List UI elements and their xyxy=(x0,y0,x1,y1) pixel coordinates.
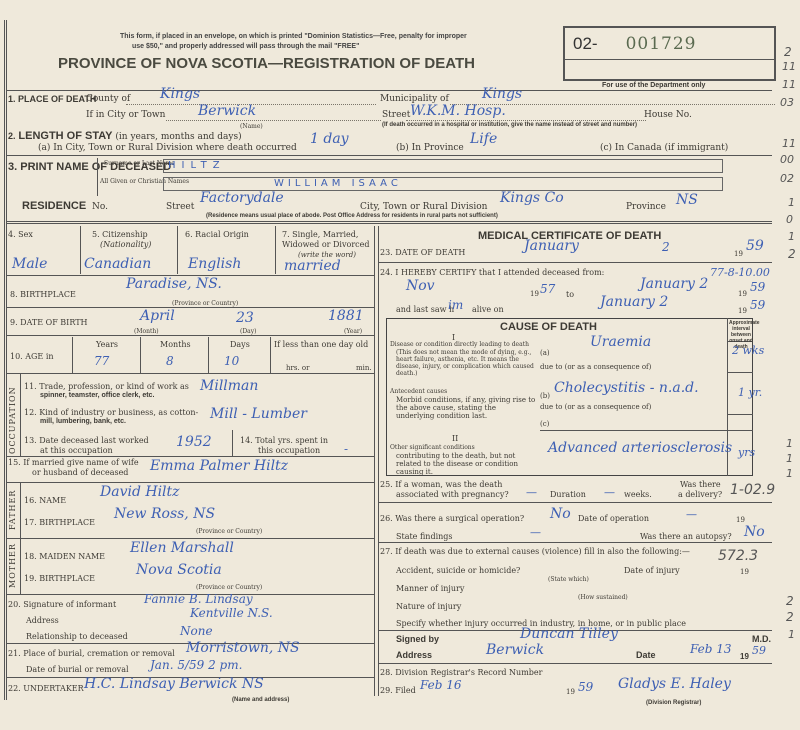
marital-status-value: married xyxy=(284,258,341,274)
cause-a-interval: 2 wks xyxy=(732,344,764,357)
margin-code: 11 xyxy=(782,78,796,91)
given-names-label: All Given or Christian Names xyxy=(100,178,162,185)
age-months-value: 8 xyxy=(166,354,174,368)
death-month-value: January xyxy=(524,238,579,254)
city-label: If in City or Town xyxy=(86,110,165,120)
attended-note: 77-8-10.00 xyxy=(710,266,770,279)
stay-canada-label: (c) In Canada (if immigrant) xyxy=(600,143,728,153)
postal-notice-line2: use $50," and properly addressed will pa… xyxy=(132,43,359,50)
father-name-value: David Hiltz xyxy=(100,484,180,500)
margin-code: 2 xyxy=(786,610,794,624)
last-saw-pronoun: im xyxy=(448,298,463,312)
father-side-label: FATHER xyxy=(8,486,17,530)
dob-month-value: April xyxy=(140,308,175,324)
mother-name-value: Ellen Marshall xyxy=(130,540,234,556)
birthplace-value: Paradise, NS. xyxy=(126,276,222,292)
margin-code: 11 xyxy=(782,137,796,150)
surname-label: Surname or Last Name xyxy=(104,160,160,167)
registration-number-box: 02- 001729 xyxy=(563,26,776,81)
attended-to-value: January 2 xyxy=(640,276,708,292)
rule xyxy=(6,90,772,91)
postal-notice-line1: This form, if placed in an envelope, on … xyxy=(120,33,467,40)
age-days-value: 10 xyxy=(224,354,239,368)
father-birthplace-value: New Ross, NS xyxy=(114,506,215,522)
physician-address-value: Berwick xyxy=(486,642,544,658)
margin-code: 1 xyxy=(786,467,793,480)
house-no-label: House No. xyxy=(644,110,692,120)
margin-code: 1 xyxy=(786,437,793,450)
informant-signature: Fannie B. Lindsay xyxy=(144,592,253,606)
registration-prefix: 02- xyxy=(573,34,598,54)
margin-code: 2 xyxy=(784,45,792,59)
surname-field: HILTZ xyxy=(163,159,723,173)
informant-relationship-value: None xyxy=(180,624,213,638)
delivery-code: 1-02.9 xyxy=(730,482,775,498)
margin-code: 1 xyxy=(788,196,795,209)
stay-province-value: Life xyxy=(470,131,497,147)
margin-code: 1 xyxy=(788,230,795,243)
other-conditions-value: Advanced arteriosclerosis xyxy=(548,440,732,456)
residence-city-value: Kings Co xyxy=(500,190,564,206)
cause-b-value: Cholecystitis - n.a.d. xyxy=(554,380,699,396)
dob-year-value: 1881 xyxy=(328,308,364,324)
margin-code: 1 xyxy=(788,628,795,641)
margin-code: 2 xyxy=(786,594,794,608)
racial-origin-value: English xyxy=(188,256,241,272)
death-day-value: 2 xyxy=(662,240,670,254)
other-conditions-interval: yrs xyxy=(738,446,755,459)
stay-province-label: (b) In Province xyxy=(396,143,464,153)
surgery-value: No xyxy=(550,506,571,522)
margin-code: 00 xyxy=(780,153,794,166)
industry-value: Mill - Lumber xyxy=(210,406,307,422)
county-label: County of xyxy=(86,94,130,104)
municipality-value: Kings xyxy=(482,86,522,102)
trade-value: Millman xyxy=(200,378,258,394)
department-note: For use of the Department only xyxy=(602,82,705,89)
place-of-death-label: 1. PLACE OF DEATH xyxy=(8,94,68,105)
cause-of-death-title: CAUSE OF DEATH xyxy=(500,321,597,333)
given-names-field: WILLIAM ISAAC xyxy=(163,177,723,191)
county-value: Kings xyxy=(160,86,200,102)
left-border-rule xyxy=(4,20,7,700)
physician-signature: Duncan Tilley xyxy=(520,626,618,642)
margin-code: 2 xyxy=(788,247,796,261)
hospital-note: (If death occurred in a hospital or inst… xyxy=(382,122,637,128)
margin-code: 0 xyxy=(786,213,793,226)
death-certificate: This form, if placed in an envelope, on … xyxy=(0,0,800,730)
cause-b-interval: 1 yr. xyxy=(738,386,762,399)
filed-year-value: 59 xyxy=(578,680,593,694)
margin-code: 03 xyxy=(780,96,794,109)
signature-year-value: 59 xyxy=(752,644,766,657)
city-value: Berwick xyxy=(198,103,256,119)
stay-city-value: 1 day xyxy=(310,131,349,147)
stay-city-label: (a) In City, Town or Rural Division wher… xyxy=(38,143,297,153)
mother-side-label: MOTHER xyxy=(8,542,17,588)
signature-date-value: Feb 13 xyxy=(690,642,732,656)
dob-day-value: 23 xyxy=(236,310,254,326)
residence-note: (Residence means usual place of abode. P… xyxy=(206,213,498,219)
sex-value: Male xyxy=(12,256,47,272)
burial-place-value: Morristown, NS xyxy=(186,640,300,656)
registration-number: 001729 xyxy=(626,34,697,54)
form-title: PROVINCE OF NOVA SCOTIA—REGISTRATION OF … xyxy=(58,55,475,72)
street-label: Street xyxy=(382,110,410,120)
residence-street-value: Factorydale xyxy=(200,190,284,206)
division-registrar-signature: Gladys E. Haley xyxy=(618,676,731,692)
occupation-side-label: OCCUPATION xyxy=(8,382,17,454)
margin-code: 11 xyxy=(782,60,796,73)
filed-date-value: Feb 16 xyxy=(420,678,462,692)
autopsy-value: No xyxy=(744,524,765,540)
mother-birthplace-value: Nova Scotia xyxy=(136,562,222,578)
last-worked-value: 1952 xyxy=(176,434,212,450)
spouse-value: Emma Palmer Hiltz xyxy=(150,458,288,474)
undertaker-value: H.C. Lindsay Berwick NS xyxy=(84,676,264,692)
margin-code: 02 xyxy=(780,172,794,185)
residence-label: RESIDENCE xyxy=(22,200,86,212)
burial-date-value: Jan. 5/59 2 pm. xyxy=(150,658,242,672)
total-years-value: - xyxy=(344,442,348,456)
hospital-value: W.K.M. Hosp. xyxy=(410,103,506,119)
death-year-value: 59 xyxy=(746,238,764,254)
length-of-stay-heading: 2. LENGTH OF STAY (in years, months and … xyxy=(8,130,242,142)
residence-province-value: NS xyxy=(676,192,698,208)
last-seen-alive-year: 59 xyxy=(750,298,765,312)
age-years-value: 77 xyxy=(94,354,109,368)
informant-address-value: Kentville N.S. xyxy=(190,606,273,620)
last-seen-alive-value: January 2 xyxy=(600,294,668,310)
cause-a-value: Uraemia xyxy=(590,334,651,350)
margin-code: 1 xyxy=(786,452,793,465)
cause-code: 572.3 xyxy=(718,548,758,564)
attended-to-year: 59 xyxy=(750,280,765,294)
attended-from-value: Nov xyxy=(406,278,435,294)
citizenship-value: Canadian xyxy=(84,256,151,272)
attended-from-year: 57 xyxy=(540,282,555,296)
